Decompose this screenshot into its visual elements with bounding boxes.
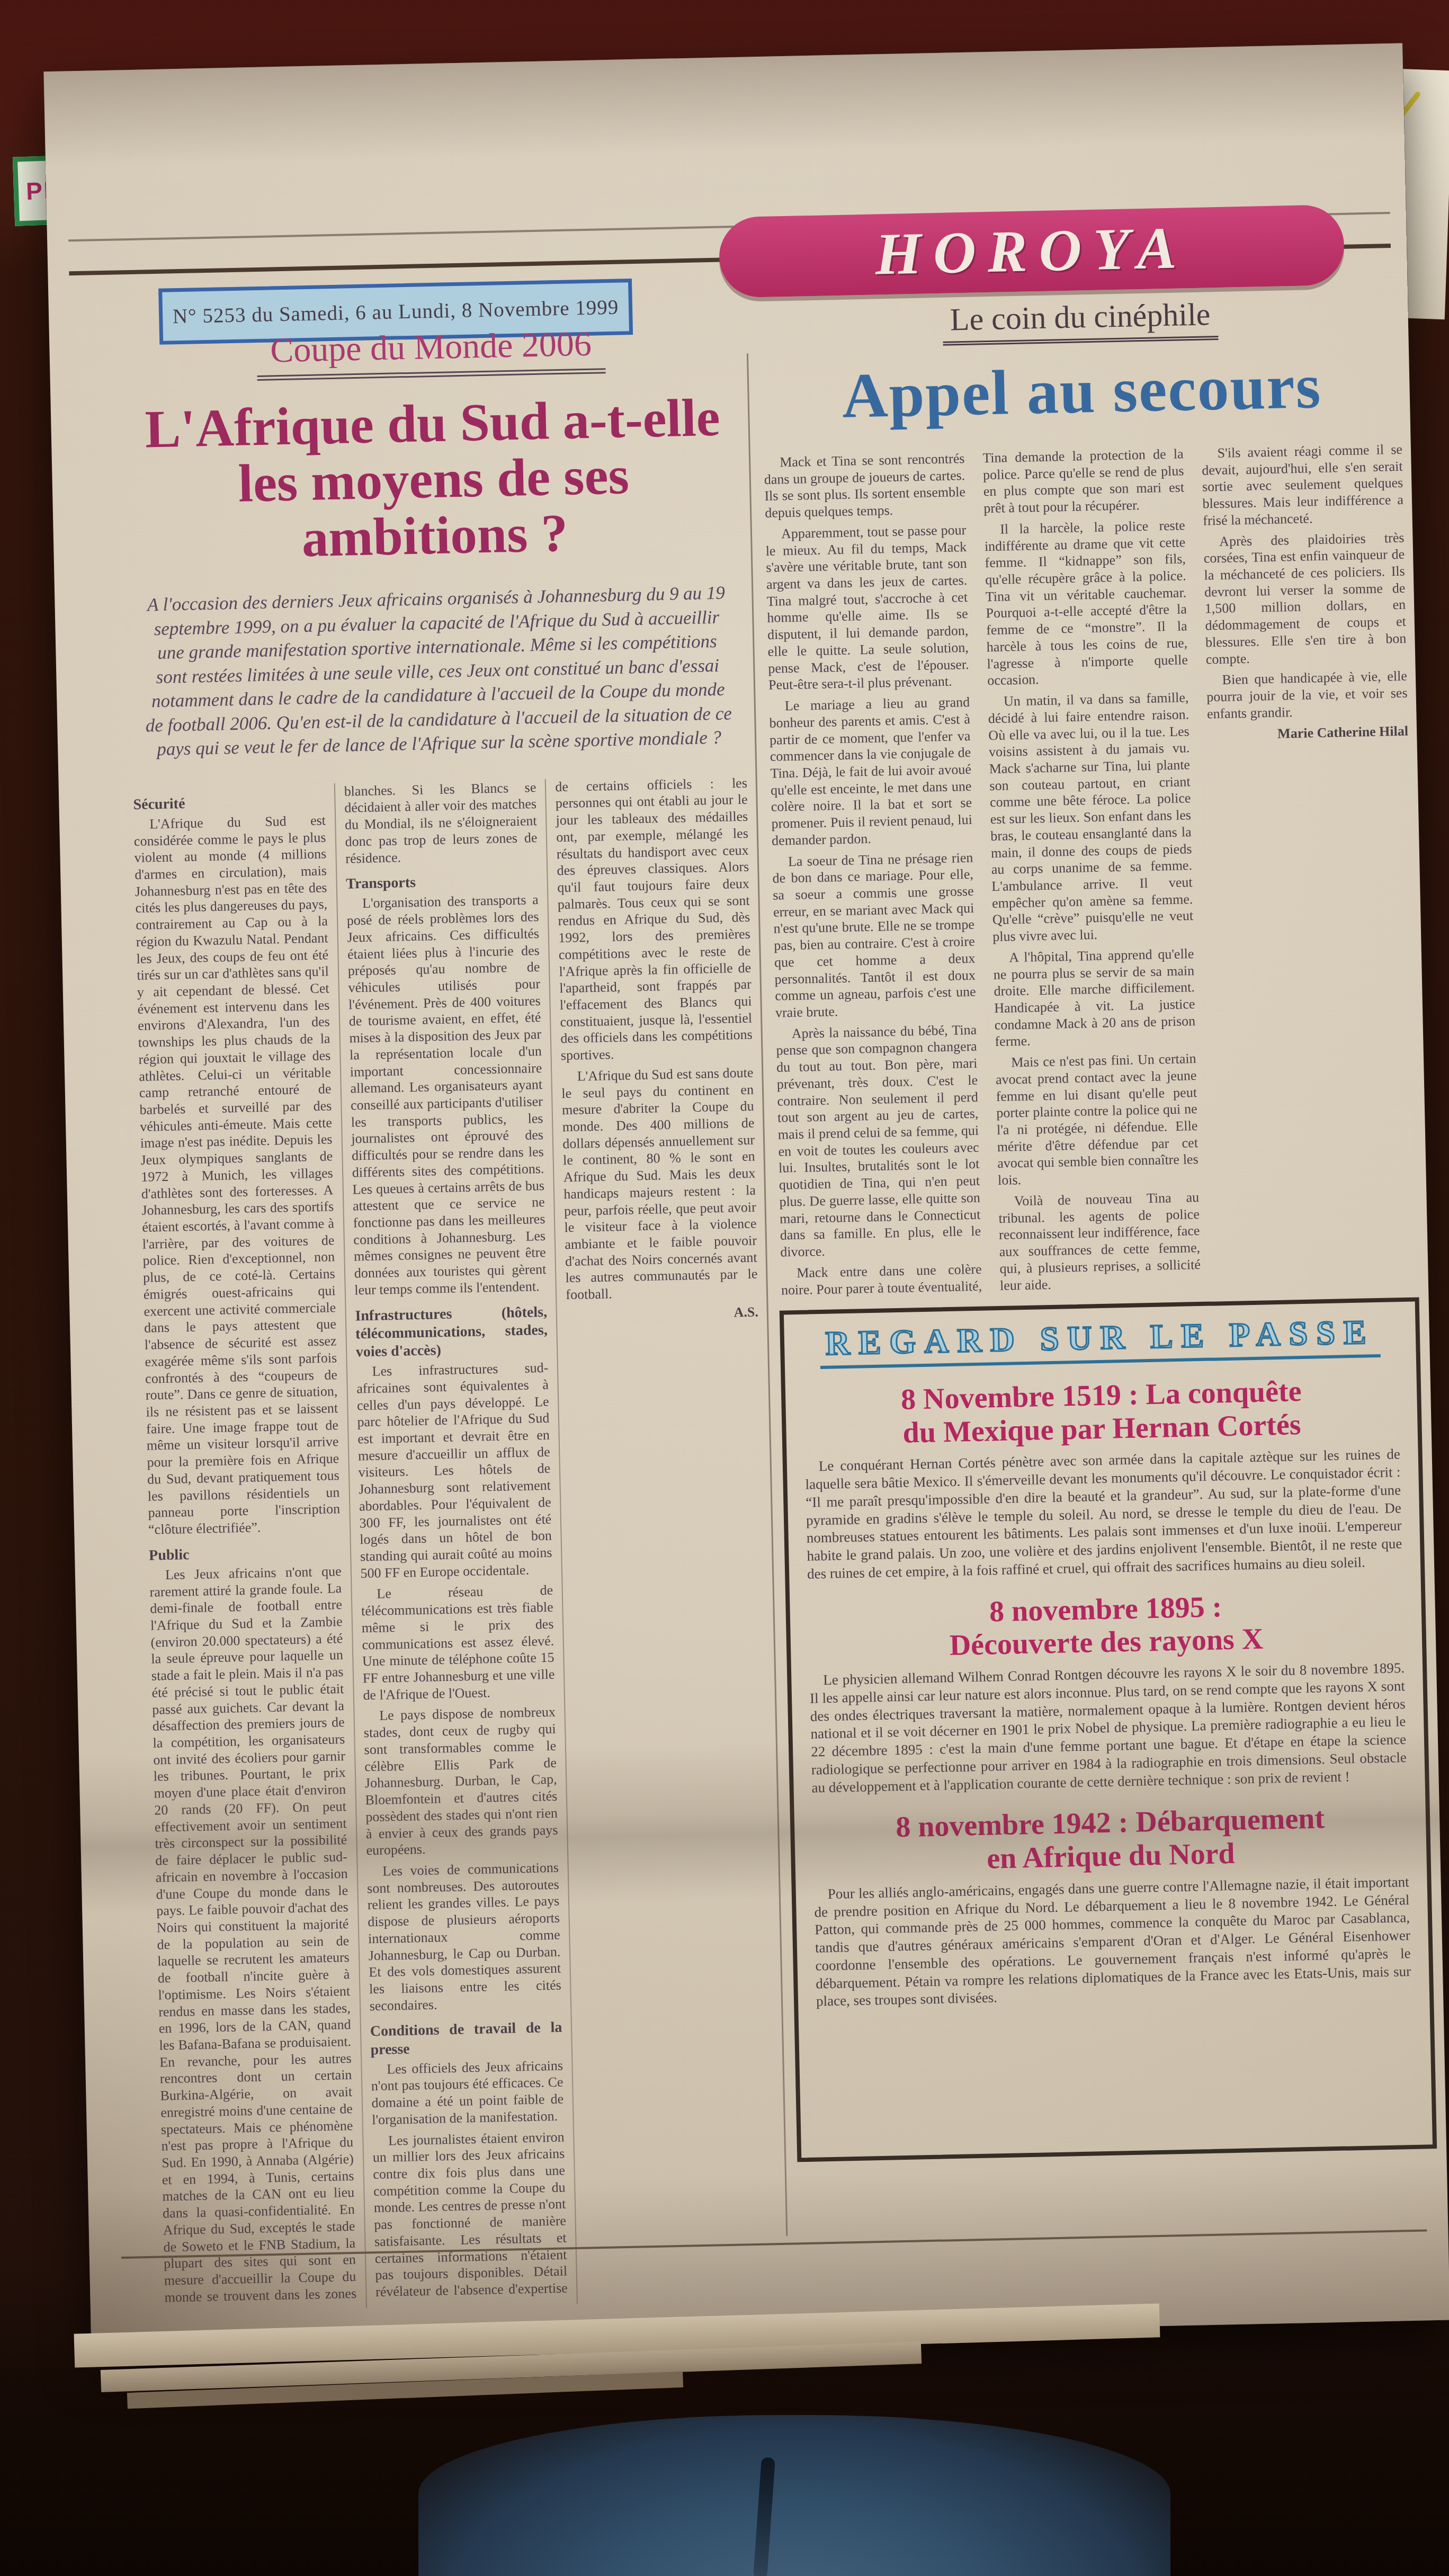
column-paragraph: Le réseau de télécommunications est très… [361,1582,555,1704]
worldcup-article-columns: SécuritéL'Afrique du Sud est considérée … [133,774,779,2312]
regard-section-1519: 8 Novembre 1519 : La conquête du Mexique… [803,1373,1403,1583]
column-paragraph: L'Afrique du Sud est sans doute le seul … [561,1064,758,1303]
intro-paragraph: A l'occasion des derniers Jeux africains… [142,581,732,762]
cinema-headline: Appel au secours [762,348,1402,434]
column-paragraph: Voilà de nouveau Tina au tribunal. les a… [998,1189,1201,1294]
cinema-article: Le coin du cinéphile Appel au secours Ma… [761,292,1420,1302]
newspaper-page: N° 5253 du Samedi, 6 au Lundi, 8 Novembr… [43,43,1449,2349]
column-paragraph: Le pays dispose de nombreux stades, dont… [363,1704,559,1859]
kicker: Coupe du Monde 2006 [256,324,606,381]
column-paragraph: L'Afrique du Sud est considérée comme le… [133,812,341,1538]
main-headline: L'Afrique du Sud a-t-elle les moyens de … [125,389,743,570]
cinema-article-columns: Mack et Tina se sont rencontrés dans un … [764,441,1420,1302]
column-paragraph: Après des plaidoiries très corsées, Tina… [1203,529,1407,668]
section-heading: 8 Novembre 1519 : La conquête du Mexique… [803,1373,1400,1452]
column-paragraph: A.S. [566,1303,758,1324]
column-paragraph: Bien que handicapée à vie, elle pourra j… [1206,668,1408,722]
column-subheading: Transports [346,871,538,893]
regard-box: REGARD SUR LE PASSE 8 Novembre 1519 : La… [780,1297,1437,2162]
column-paragraph: S'ils avaient réagi comme il se devait, … [1201,441,1404,530]
column-paragraph: Les voies de communications sont nombreu… [366,1859,562,2015]
column-paragraph: A l'hôpital, Tina apprend qu'elle ne pou… [993,945,1196,1050]
regard-section-1895: 8 novembre 1895 : Découverte des rayons … [808,1587,1407,1797]
column-paragraph: Les infrastructures sud-africaines sont … [356,1359,552,1582]
horoya-banner: HOROYA [719,204,1345,298]
column-paragraph: Marie Catherine Hilal [1207,722,1408,744]
column-paragraph: Les officiels des Jeux africains n'ont p… [371,2057,564,2128]
column-subheading: Public [149,1543,341,1565]
column-paragraph: Mack et Tina se sont rencontrés dans un … [764,450,966,522]
section-heading: 8 novembre 1942 : Débarquement en Afriqu… [812,1800,1409,1879]
regard-section-1942: 8 novembre 1942 : Débarquement en Afriqu… [812,1800,1412,2010]
jeans-knee [418,2415,1170,2576]
column-subheading: Conditions de travail de la presse [370,2019,562,2059]
newspaper-title: HOROYA [875,218,1189,284]
column-subheading: Sécurité [133,792,325,814]
section-heading: 8 novembre 1895 : Découverte des rayons … [808,1587,1404,1666]
column-paragraph: Un matin, il va dans sa famille, décidé … [988,689,1194,945]
column-paragraph: Après la naissance du bébé, Tina pense q… [775,1021,981,1260]
column-paragraph: Apparemment, tout se passe pour le mieux… [765,522,970,694]
column-paragraph: Le mariage a lieu au grand bonheur des p… [769,694,973,849]
cinema-rubric: Le coin du cinéphile [942,296,1218,346]
section-body: Le physicien allemand Wilhem Conrad Ront… [809,1659,1407,1797]
column-subheading: Infrastructures (hôtels, télécommunicati… [355,1303,548,1362]
section-body: Pour les alliés anglo-américains, engagé… [814,1873,1412,2011]
section-body: Le conquérant Hernan Cortés pénètre avec… [805,1446,1403,1584]
regard-title: REGARD SUR LE PASSE [820,1315,1381,1369]
column-paragraph: La soeur de Tina ne présage rien de bon … [772,849,977,1021]
worldcup-article: Coupe du Monde 2006 L'Afrique du Sud a-t… [123,321,779,2312]
column-paragraph: L'organisation des transports a posé de … [346,891,547,1299]
column-paragraph: Il la harcèle, la police reste indiffére… [984,517,1188,689]
issue-line: N° 5253 du Samedi, 6 au Lundi, 8 Novembr… [172,295,619,328]
column-paragraph: Mais ce n'est pas fini. Un certain avoca… [995,1050,1199,1189]
